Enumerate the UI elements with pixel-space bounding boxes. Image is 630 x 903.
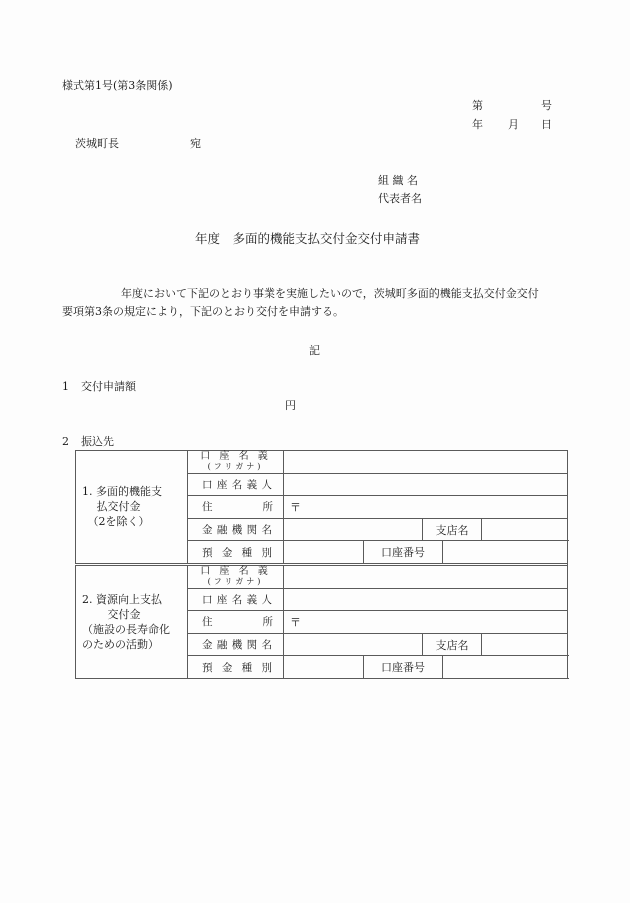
deposit-type-field[interactable] [284, 656, 364, 679]
branch-field[interactable] [482, 518, 568, 541]
addressee-suffix: 宛 [190, 137, 201, 151]
bank-name-label: 金融機関名 [188, 518, 284, 541]
page-title: 年度 多面的機能支払交付金交付申請書 [195, 231, 420, 247]
body-text-line-1: 年度において下記のとおり事業を実施したいので，茨城町多面的機能支払交付金交付 [121, 287, 539, 301]
postal-mark: 〒 [290, 501, 301, 514]
address-label: 住 所 [188, 496, 284, 519]
section-1-number: 1 [62, 380, 69, 394]
body-text-line-2: 要項第3条の規定により，下記のとおり交付を申請する。 [62, 305, 344, 319]
date-day-label: 日 [541, 118, 552, 132]
address-label: 住 所 [188, 611, 284, 634]
section-1-label: 交付申請額 [81, 380, 136, 394]
account-holder-label: 口座名義人 [188, 588, 284, 611]
form-number: 様式第1号(第3条関係) [62, 79, 173, 93]
deposit-type-field[interactable] [284, 541, 364, 565]
branch-label: 支店名 [423, 633, 482, 656]
account-holder-field[interactable] [284, 473, 568, 496]
addressee: 茨城町長 [75, 137, 119, 151]
bank-name-field[interactable] [284, 633, 423, 656]
org-name-label: 組 織 名 [378, 174, 418, 188]
postal-mark: 〒 [290, 616, 301, 629]
account-number-label: 口座番号 [364, 541, 443, 565]
group-1-label: 1. 多面的機能支 払交付金 （2を除く） [76, 451, 188, 565]
section-2-label: 振込先 [81, 435, 114, 449]
doc-number-suffix: 号 [541, 99, 552, 113]
group-2-label: 2. 資源向上支払 交付金 （施設の長寿命化 のための活動） [76, 564, 188, 678]
bank-name-label: 金融機関名 [188, 633, 284, 656]
bank-name-field[interactable] [284, 518, 423, 541]
address-field[interactable]: 〒 [284, 496, 568, 519]
account-number-field[interactable] [443, 541, 568, 565]
branch-label: 支店名 [423, 518, 482, 541]
amount-unit: 円 [285, 399, 296, 413]
group-2-row-kana: 2. 資源向上支払 交付金 （施設の長寿命化 のための活動） 口 座 名 義 (… [76, 564, 568, 588]
account-number-label: 口座番号 [364, 656, 443, 679]
account-kana-field[interactable] [284, 564, 568, 588]
doc-number-prefix: 第 [472, 99, 483, 113]
representative-label: 代表者名 [378, 192, 422, 206]
account-kana-label: 口 座 名 義 (フリガナ) [188, 451, 284, 474]
address-field[interactable]: 〒 [284, 611, 568, 634]
deposit-type-label: 預金種別 [188, 541, 284, 565]
account-kana-field[interactable] [284, 451, 568, 474]
account-kana-label: 口 座 名 義 (フリガナ) [188, 564, 284, 588]
section-2-number: 2 [62, 435, 69, 449]
branch-field[interactable] [482, 633, 568, 656]
group-1-row-kana: 1. 多面的機能支 払交付金 （2を除く） 口 座 名 義 (フリガナ) [76, 451, 568, 474]
bank-transfer-table: 1. 多面的機能支 払交付金 （2を除く） 口 座 名 義 (フリガナ) 口座名… [75, 450, 568, 679]
date-year-label: 年 [472, 118, 483, 132]
account-holder-field[interactable] [284, 588, 568, 611]
ki-heading: 記 [309, 344, 320, 358]
account-number-field[interactable] [443, 656, 568, 679]
account-holder-label: 口座名義人 [188, 473, 284, 496]
date-month-label: 月 [508, 118, 519, 132]
deposit-type-label: 預金種別 [188, 656, 284, 679]
